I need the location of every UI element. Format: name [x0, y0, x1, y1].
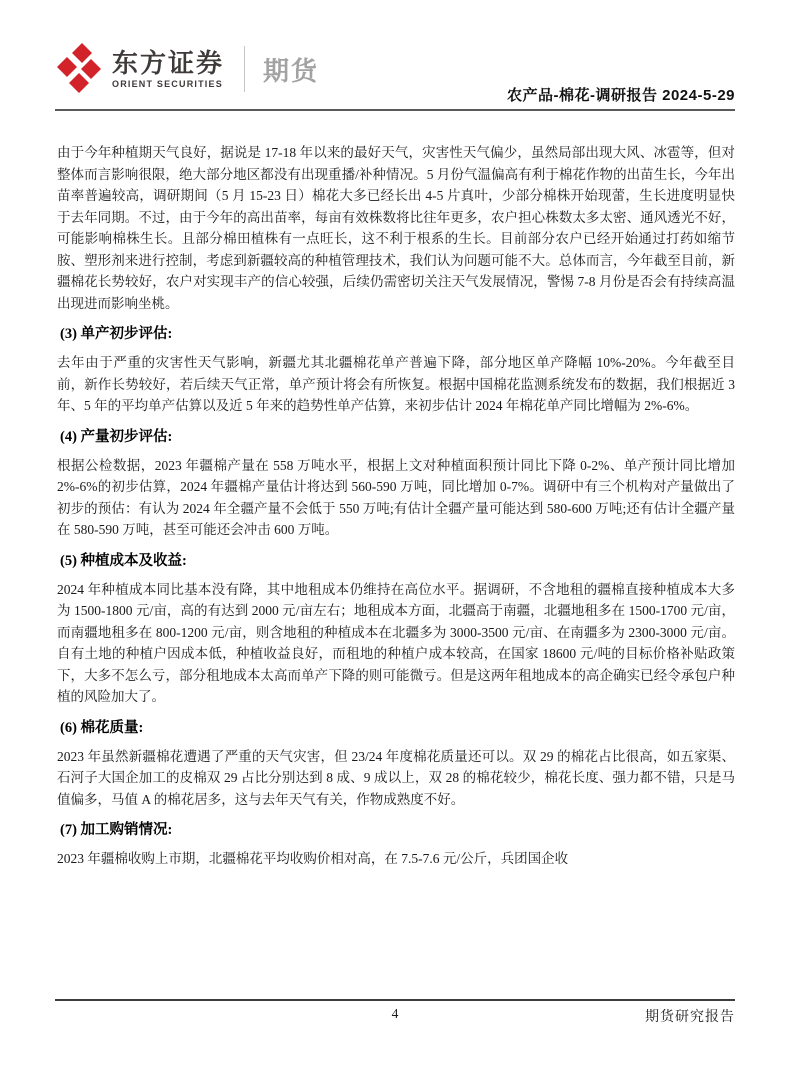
report-title-label: 农产品-棉花-调研报告 2024-5-29: [507, 84, 735, 105]
section-4-paragraph: 根据公检数据，2023 年疆棉产量在 558 万吨水平，根据上文对种植面积预计同…: [57, 455, 735, 541]
orient-securities-logo-icon: [55, 42, 103, 96]
section-7: (7) 加工购销情况: 2023 年疆棉收购上市期，北疆棉花平均收购价相对高，在…: [57, 820, 735, 870]
section-7-heading: (7) 加工购销情况:: [57, 820, 735, 840]
section-6-paragraph: 2023 年虽然新疆棉花遭遇了严重的天气灾害，但 23/24 年度棉花质量还可以…: [57, 746, 735, 811]
intro-paragraph: 由于今年种植期天气良好，据说是 17-18 年以来的最好天气，灾害性天气偏少，虽…: [57, 142, 735, 314]
section-6: (6) 棉花质量: 2023 年虽然新疆棉花遭遇了严重的天气灾害，但 23/24…: [57, 718, 735, 811]
section-4-heading: (4) 产量初步评估:: [57, 427, 735, 447]
report-body: 由于今年种植期天气良好，据说是 17-18 年以来的最好天气，灾害性天气偏少，虽…: [57, 142, 735, 880]
brand-name-cn: 东方证券: [112, 50, 224, 76]
section-6-heading: (6) 棉花质量:: [57, 718, 735, 738]
page-number: 4: [55, 1006, 735, 1022]
report-page: 东方证券 ORIENT SECURITIES 期货 农产品-棉花-调研报告 20…: [0, 0, 793, 1077]
footer-label: 期货研究报告: [645, 1006, 735, 1026]
section-4: (4) 产量初步评估: 根据公检数据，2023 年疆棉产量在 558 万吨水平，…: [57, 427, 735, 541]
header-rule: [55, 109, 735, 111]
section-3-paragraph: 去年由于严重的灾害性天气影响，新疆尤其北疆棉花单产普遍下降，部分地区单产降幅 1…: [57, 352, 735, 417]
section-3-heading: (3) 单产初步评估:: [57, 324, 735, 344]
logo-divider: [244, 46, 245, 92]
page-header: 东方证券 ORIENT SECURITIES 期货 农产品-棉花-调研报告 20…: [0, 0, 793, 112]
section-3: (3) 单产初步评估: 去年由于严重的灾害性天气影响，新疆尤其北疆棉花单产普遍下…: [57, 324, 735, 417]
division-label: 期货: [263, 51, 319, 88]
brand-name-en: ORIENT SECURITIES: [112, 80, 224, 89]
section-5-heading: (5) 种植成本及收益:: [57, 551, 735, 571]
section-5-paragraph: 2024 年种植成本同比基本没有降，其中地租成本仍维持在高位水平。据调研，不含地…: [57, 579, 735, 708]
section-7-paragraph: 2023 年疆棉收购上市期，北疆棉花平均收购价相对高，在 7.5-7.6 元/公…: [57, 848, 735, 870]
brand-text: 东方证券 ORIENT SECURITIES: [112, 50, 224, 89]
page-footer: 4 期货研究报告: [55, 1006, 735, 1030]
brand-logo: 东方证券 ORIENT SECURITIES 期货: [55, 42, 319, 96]
section-5: (5) 种植成本及收益: 2024 年种植成本同比基本没有降，其中地租成本仍维持…: [57, 551, 735, 708]
footer-rule: [55, 999, 735, 1001]
